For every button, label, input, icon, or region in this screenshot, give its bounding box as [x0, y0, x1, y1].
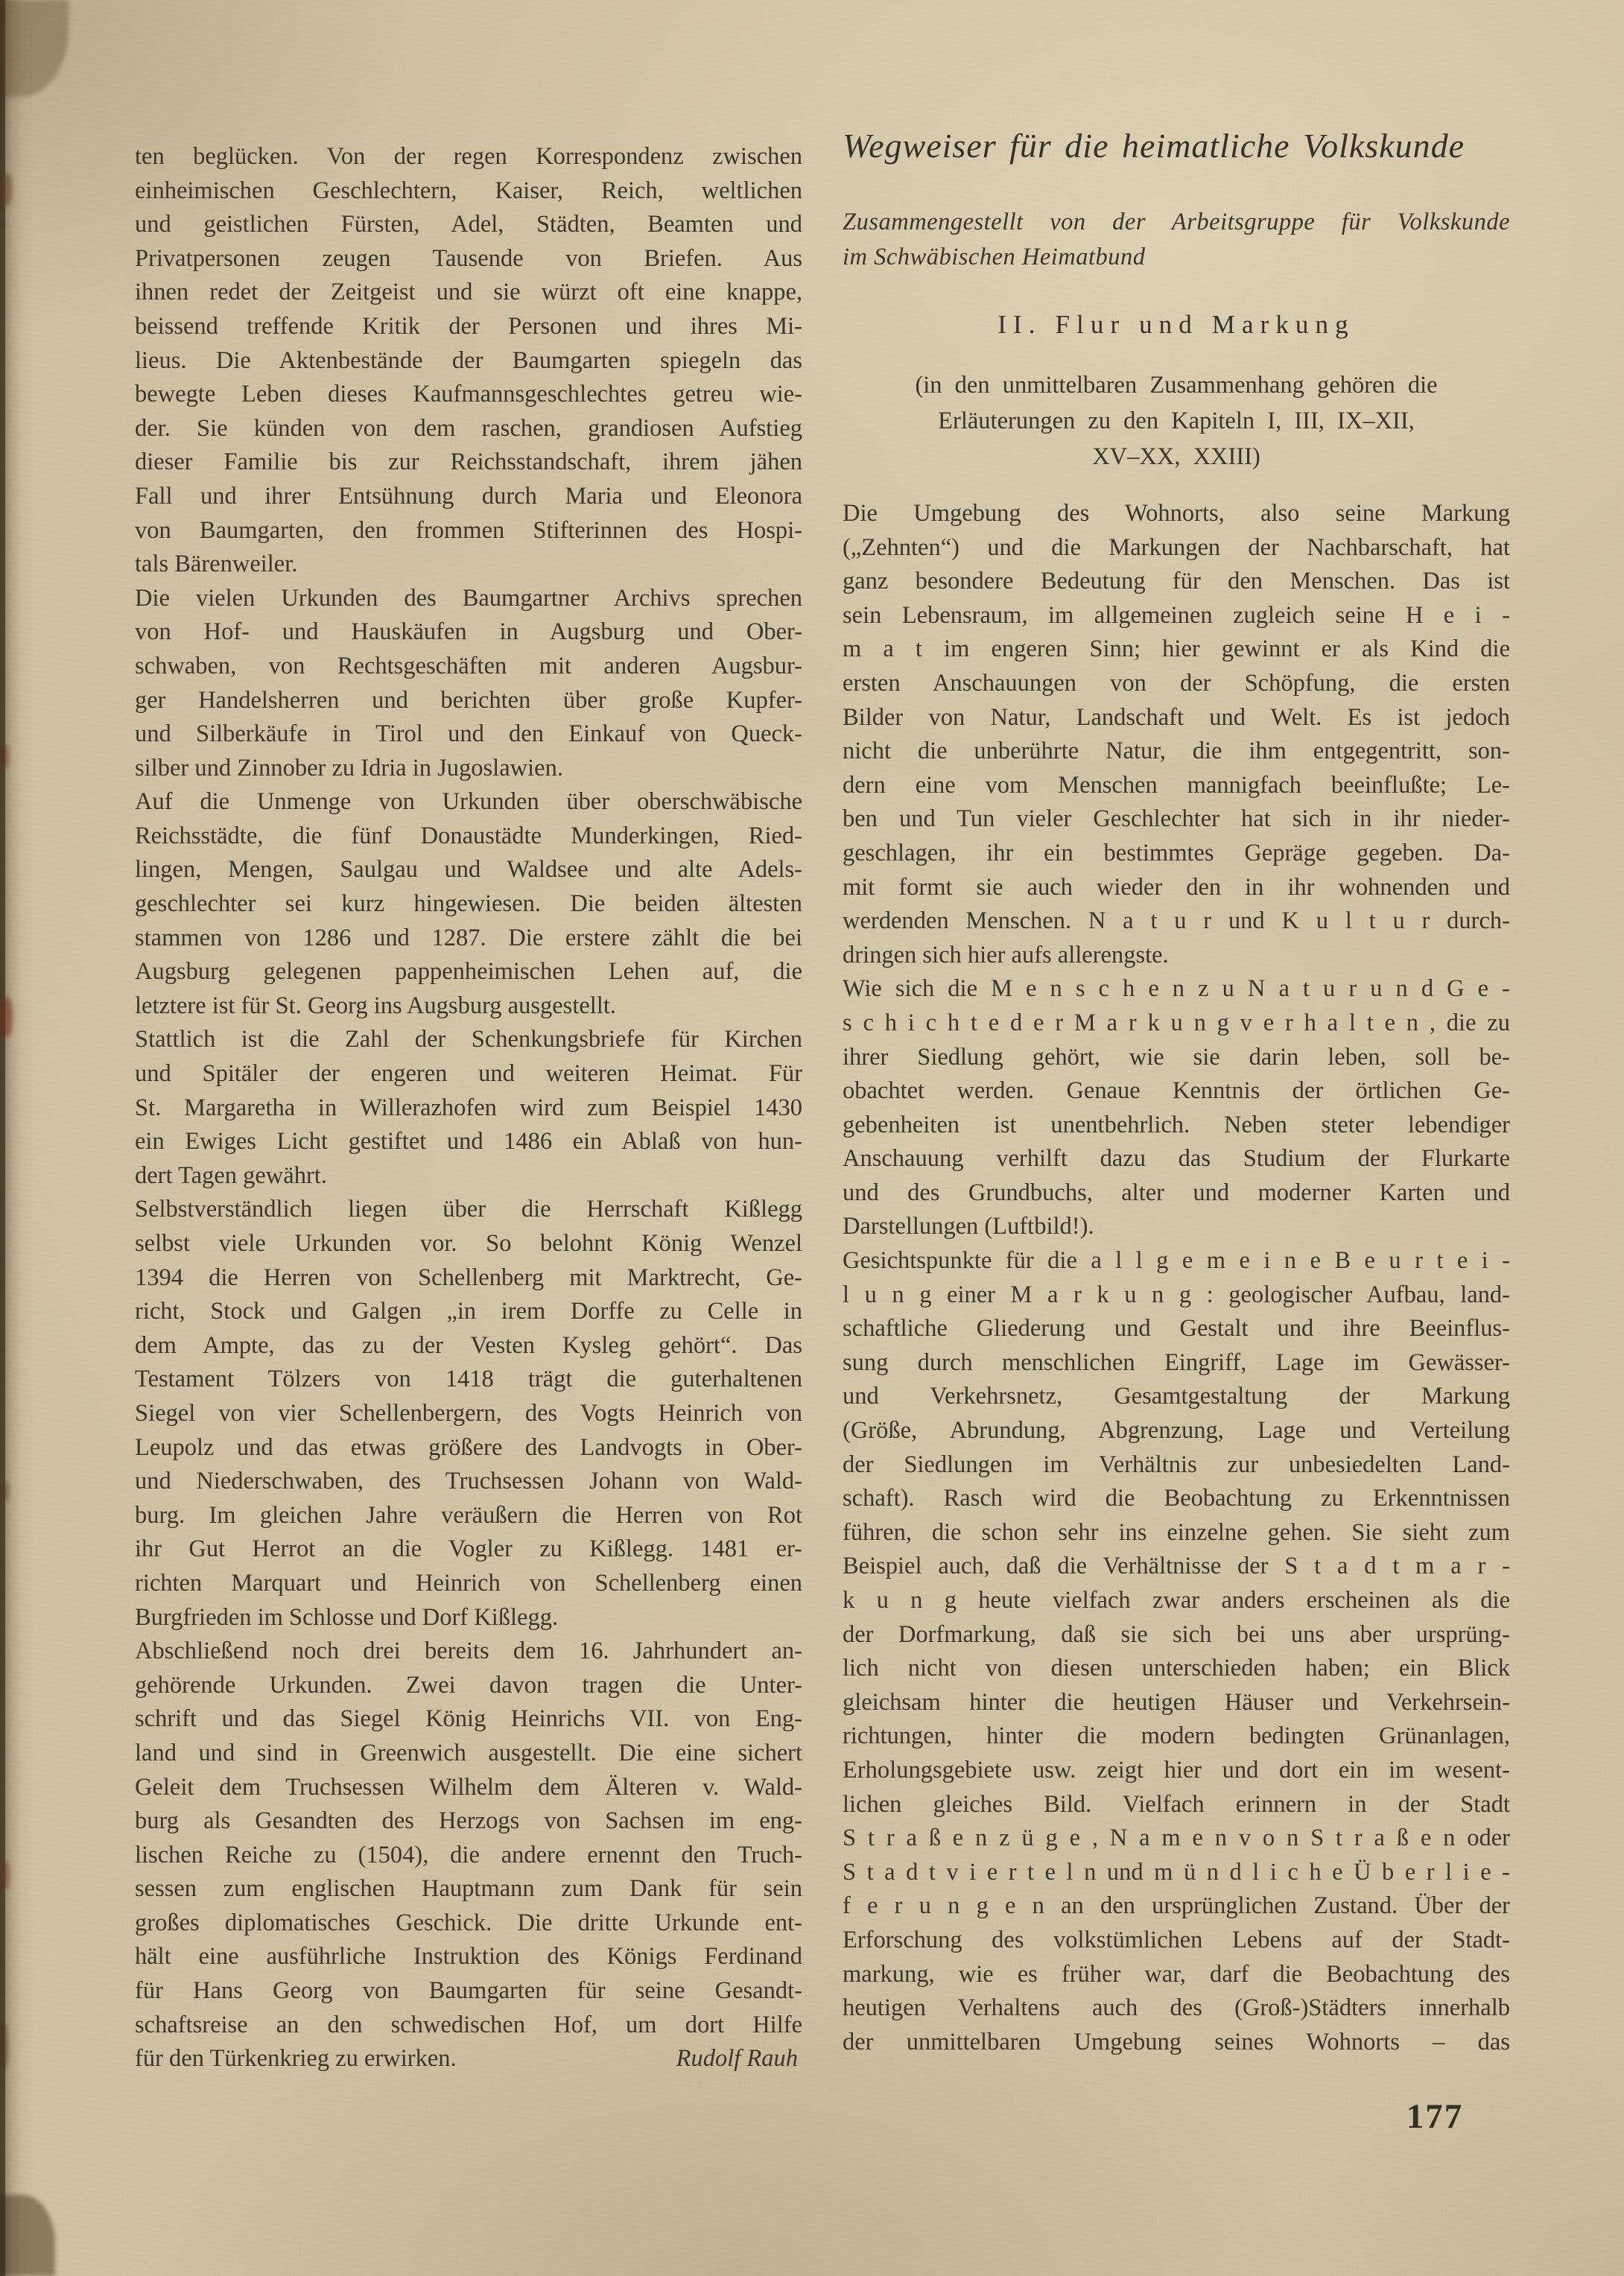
text-line: geschlechter sei kurz hingewiesen. Die b… — [135, 887, 802, 922]
text-line: ihr Gut Herrot an die Vogler zu Kißlegg.… — [135, 1532, 802, 1567]
text-line: großes diplomatisches Geschick. Die drit… — [135, 1906, 802, 1941]
text-line: l u n g einer M a r k u n g : geologisch… — [843, 1278, 1510, 1313]
text-line: Augsburg gelegenen pappenheimischen Lehe… — [135, 955, 802, 989]
text-line: im Schwäbischen Heimatbund — [843, 240, 1510, 275]
text-line: lischen Reiche zu (1504), die andere ern… — [135, 1839, 802, 1873]
text-line: richten Marquart und Heinrich von Schell… — [135, 1567, 802, 1601]
text-line: Siegel von vier Schellenbergern, des Vog… — [135, 1397, 802, 1431]
paragraph: Die vielen Urkunden des Baumgartner Arch… — [135, 582, 802, 786]
text-line: land und sind in Greenwich ausgestellt. … — [135, 1737, 802, 1771]
text-line: XV–XX, XXIII) — [843, 439, 1510, 475]
text-line: St. Margaretha in Willerazhofen wird zum… — [135, 1091, 802, 1126]
text-line: schrift und das Siegel König Heinrichs V… — [135, 1702, 802, 1737]
text-line: ten beglücken. Von der regen Korresponde… — [135, 140, 802, 174]
paragraph: Gesichtspunkte für die a l l g e m e i n… — [843, 1244, 1510, 2059]
text-line: und Silberkäufe in Tirol und den Einkauf… — [135, 717, 802, 752]
text-line: silber und Zinnober zu Idria in Jugoslaw… — [135, 752, 802, 786]
text-line: burg als Gesandten des Herzogs von Sachs… — [135, 1804, 802, 1839]
text-line: lichen gleiches Bild. Vielfach erinnern … — [843, 1788, 1510, 1822]
text-line: von Baumgarten, den frommen Stifterinnen… — [135, 514, 802, 548]
text-line: gehörende Urkunden. Zwei davon tragen di… — [135, 1669, 802, 1703]
paragraph: Auf die Unmenge von Urkunden über obersc… — [135, 785, 802, 1023]
page-edge-shadow — [0, 0, 34, 2276]
text-line: der Dorfmarkung, daß sie sich bei uns ab… — [843, 1618, 1510, 1652]
text-line: Fall und ihrer Entsühnung durch Maria un… — [135, 480, 802, 514]
text-line: Reichsstädte, die fünf Donaustädte Munde… — [135, 820, 802, 854]
scanned-book-page: ten beglücken. Von der regen Korresponde… — [0, 0, 1624, 2276]
text-line: der Siedlungen im Verhältnis zur unbesie… — [843, 1448, 1510, 1483]
text-line: Die Umgebung des Wohnorts, also seine Ma… — [843, 497, 1510, 531]
right-column: Wegweiser für die heimatliche Volkskunde… — [843, 127, 1510, 2059]
text-line: stammen von 1286 und 1287. Die erstere z… — [135, 922, 802, 956]
text-line: ben und Tun vieler Geschlechter hat sich… — [843, 802, 1510, 837]
text-line: und des Grundbuchs, alter und moderner K… — [843, 1176, 1510, 1211]
text-line: 1394 die Herren von Schellenberg mit Mar… — [135, 1261, 802, 1296]
text-line: f e r u n g e n an den ursprünglichen Zu… — [843, 1889, 1510, 1924]
text-line: schaft). Rasch wird die Beobachtung zu E… — [843, 1482, 1510, 1516]
text-line: ger Handelsherren und berichten über gro… — [135, 684, 802, 718]
text-line: k u n g heute vielfach zwar anders ersch… — [843, 1584, 1510, 1618]
text-line: gleichsam hinter die heutigen Häuser und… — [843, 1686, 1510, 1720]
text-line: gebenheiten ist unentbehrlich. Neben ste… — [843, 1109, 1510, 1143]
left-column: ten beglücken. Von der regen Korresponde… — [135, 140, 802, 2076]
text-line: lingen, Mengen, Saulgau und Waldsee und … — [135, 853, 802, 887]
text-line: lieus. Die Aktenbestände der Baumgarten … — [135, 344, 802, 378]
text-line: Burgfrieden im Schlosse und Dorf Kißlegg… — [135, 1601, 802, 1635]
text-line: hält eine ausführliche Instruktion des K… — [135, 1940, 802, 1974]
text-line: schwaben, von Rechtsgeschäften mit ander… — [135, 650, 802, 684]
paragraph: Die Umgebung des Wohnorts, also seine Ma… — [843, 497, 1510, 972]
text-line: Anschauung verhilft dazu das Studium der… — [843, 1142, 1510, 1176]
text-line: führen, die schon sehr ins einzelne gehe… — [843, 1516, 1510, 1550]
text-line: werdenden Menschen. N a t u r und K u l … — [843, 904, 1510, 939]
paragraph: ten beglücken. Von der regen Korresponde… — [135, 140, 802, 582]
scan-edge-mark — [0, 997, 13, 1037]
text-line: letztere ist für St. Georg ins Augsburg … — [135, 989, 802, 1024]
text-line: lich nicht von diesen unterschieden habe… — [843, 1652, 1510, 1686]
page-number: 177 — [1384, 2098, 1485, 2135]
text-line: dem Ampte, das zu der Vesten Kysleg gehö… — [135, 1329, 802, 1363]
text-line: nicht die unberührte Natur, die ihm entg… — [843, 735, 1510, 769]
text-line: (in den unmittelbaren Zusammenhang gehör… — [843, 367, 1510, 403]
author-signature: Rudolf Rauh — [676, 2042, 802, 2076]
text-line: selbst viele Urkunden vor. So belohnt Kö… — [135, 1227, 802, 1261]
section-note: (in den unmittelbaren Zusammenhang gehör… — [843, 367, 1510, 475]
text-line: ihrer Siedlung gehört, wie sie darin leb… — [843, 1041, 1510, 1075]
text-line: Privatpersonen zeugen Tausende von Brief… — [135, 242, 802, 276]
scan-corner-mark — [0, 2195, 55, 2276]
text-line: obachtet werden. Genaue Kenntnis der ört… — [843, 1074, 1510, 1109]
text-line: ersten Anschauungen von der Schöpfung, d… — [843, 667, 1510, 701]
text-line: tals Bärenweiler. — [135, 548, 802, 582]
paragraph: (in den unmittelbaren Zusammenhang gehör… — [843, 367, 1510, 475]
scan-edge-mark — [1, 173, 12, 206]
section-heading: II. Flur und Markung — [843, 308, 1510, 341]
text-line: und Spitäler der engeren und weiteren He… — [135, 1057, 802, 1091]
text-line: burg. Im gleichen Jahre veräußern die He… — [135, 1499, 802, 1533]
text-line: Gesichtspunkte für die a l l g e m e i n… — [843, 1244, 1510, 1278]
text-line: geschlagen, ihr ein bestimmtes Gepräge g… — [843, 837, 1510, 871]
text-line: der unmittelbaren Umgebung seines Wohnor… — [843, 2026, 1510, 2060]
right-column-body: Die Umgebung des Wohnorts, also seine Ma… — [843, 497, 1510, 2059]
article-title: Wegweiser für die heimatliche Volkskunde — [843, 127, 1510, 165]
text-line: markung, wie es früher war, darf die Beo… — [843, 1958, 1510, 1992]
text-line: ganz besondere Bedeutung für den Mensche… — [843, 565, 1510, 599]
text-line: für den Türkenkrieg zu erwirken.Rudolf R… — [135, 2042, 802, 2076]
paragraph: Selbstverständlich liegen über die Herrs… — [135, 1193, 802, 1635]
text-line: richt, Stock und Galgen „in irem Dorffe … — [135, 1295, 802, 1329]
text-line: S t a d t v i e r t e l n und m ü n d l … — [843, 1856, 1510, 1890]
text-line: heutigen Verhaltens auch des (Groß-)Städ… — [843, 1991, 1510, 2026]
text-line: dringen sich hier aufs allerengste. — [843, 939, 1510, 973]
text-line: richtungen, hinter die modern bedingten … — [843, 1719, 1510, 1754]
text-line: Stattlich ist die Zahl der Schenkungsbri… — [135, 1023, 802, 1057]
text-line: sessen zum englischen Hauptmann zum Dank… — [135, 1872, 802, 1906]
text-line: und Niederschwaben, des Truchsessen Joha… — [135, 1465, 802, 1499]
text-line: für Hans Georg von Baumgarten für seine … — [135, 1974, 802, 2009]
paragraph: Stattlich ist die Zahl der Schenkungsbri… — [135, 1023, 802, 1193]
text-line: von Hof- und Hauskäufen in Augsburg und … — [135, 615, 802, 650]
text-line: Wie sich die M e n s c h e n z u N a t u… — [843, 972, 1510, 1007]
text-line: mit formt sie auch wieder den in ihr woh… — [843, 871, 1510, 905]
text-line: Erforschung des volkstümlichen Lebens au… — [843, 1924, 1510, 1958]
text-line: beissend treffende Kritik der Personen u… — [135, 310, 802, 344]
text-line: dern eine vom Menschen mannigfach beeinf… — [843, 769, 1510, 803]
text-line: ein Ewiges Licht gestiftet und 1486 ein … — [135, 1125, 802, 1159]
paragraph: Abschließend noch drei bereits dem 16. J… — [135, 1635, 802, 2076]
text-line: Zusammengestellt von der Arbeitsgruppe f… — [843, 205, 1510, 240]
text-line: m a t im engeren Sinn; hier gewinnt er a… — [843, 633, 1510, 667]
paragraph-end-text: für den Türkenkrieg zu erwirken. — [135, 2042, 457, 2076]
article-subtitle: Zusammengestellt von der Arbeitsgruppe f… — [843, 205, 1510, 275]
text-line: Erholungsgebiete usw. zeigt hier und dor… — [843, 1754, 1510, 1788]
text-line: schaftsreise an den schwedischen Hof, um… — [135, 2009, 802, 2043]
text-line: Darstellungen (Luftbild!). — [843, 1210, 1510, 1244]
text-line: („Zehnten“) und die Markungen der Nachba… — [843, 531, 1510, 565]
text-line: Bilder von Natur, Landschaft und Welt. E… — [843, 701, 1510, 735]
paragraph: Zusammengestellt von der Arbeitsgruppe f… — [843, 205, 1510, 275]
text-line: dert Tagen gewährt. — [135, 1159, 802, 1194]
text-line: der. Sie künden von dem raschen, grandio… — [135, 412, 802, 446]
text-line: Auf die Unmenge von Urkunden über obersc… — [135, 785, 802, 820]
text-line: ihnen redet der Zeitgeist und sie würzt … — [135, 276, 802, 310]
scan-edge-mark — [0, 1861, 10, 1889]
text-line: und geistlichen Fürsten, Adel, Städten, … — [135, 208, 802, 242]
scan-edge-mark — [2, 1481, 9, 1502]
text-line: Erläuterungen zu den Kapiteln I, III, IX… — [843, 403, 1510, 439]
text-line: schaftliche Gliederung und Gestalt und i… — [843, 1312, 1510, 1346]
text-line: Geleit dem Truchsessen Wilhelm dem Älter… — [135, 1771, 802, 1805]
text-line: Abschließend noch drei bereits dem 16. J… — [135, 1635, 802, 1669]
text-line: einheimischen Geschlechtern, Kaiser, Rei… — [135, 174, 802, 209]
text-line: bewegte Leben dieses Kaufmannsgeschlecht… — [135, 378, 802, 412]
text-line: Die vielen Urkunden des Baumgartner Arch… — [135, 582, 802, 616]
text-line: (Größe, Abrundung, Abgrenzung, Lage und … — [843, 1414, 1510, 1448]
text-line: sein Lebensraum, im allgemeinen zugleich… — [843, 599, 1510, 633]
text-line: sung durch menschlichen Eingriff, Lage i… — [843, 1346, 1510, 1381]
scan-corner-mark — [0, 0, 69, 97]
text-line: und Verkehrsnetz, Gesamtgestaltung der M… — [843, 1380, 1510, 1414]
text-line: s c h i c h t e d e r M a r k u n g v e … — [843, 1007, 1510, 1041]
text-line: Selbstverständlich liegen über die Herrs… — [135, 1193, 802, 1227]
text-line: Beispiel auch, daß die Verhältnisse der … — [843, 1550, 1510, 1584]
text-line: S t r a ß e n z ü g e , N a m e n v o n … — [843, 1822, 1510, 1856]
scan-edge-mark — [0, 2023, 8, 2070]
paragraph: Wie sich die M e n s c h e n z u N a t u… — [843, 972, 1510, 1244]
text-line: dieser Familie bis zur Reichsstandschaft… — [135, 446, 802, 480]
scan-edge-mark — [1, 745, 9, 769]
text-line: Testament Tölzers von 1418 trägt die gut… — [135, 1363, 802, 1397]
text-line: Leupolz und das etwas größere des Landvo… — [135, 1431, 802, 1465]
